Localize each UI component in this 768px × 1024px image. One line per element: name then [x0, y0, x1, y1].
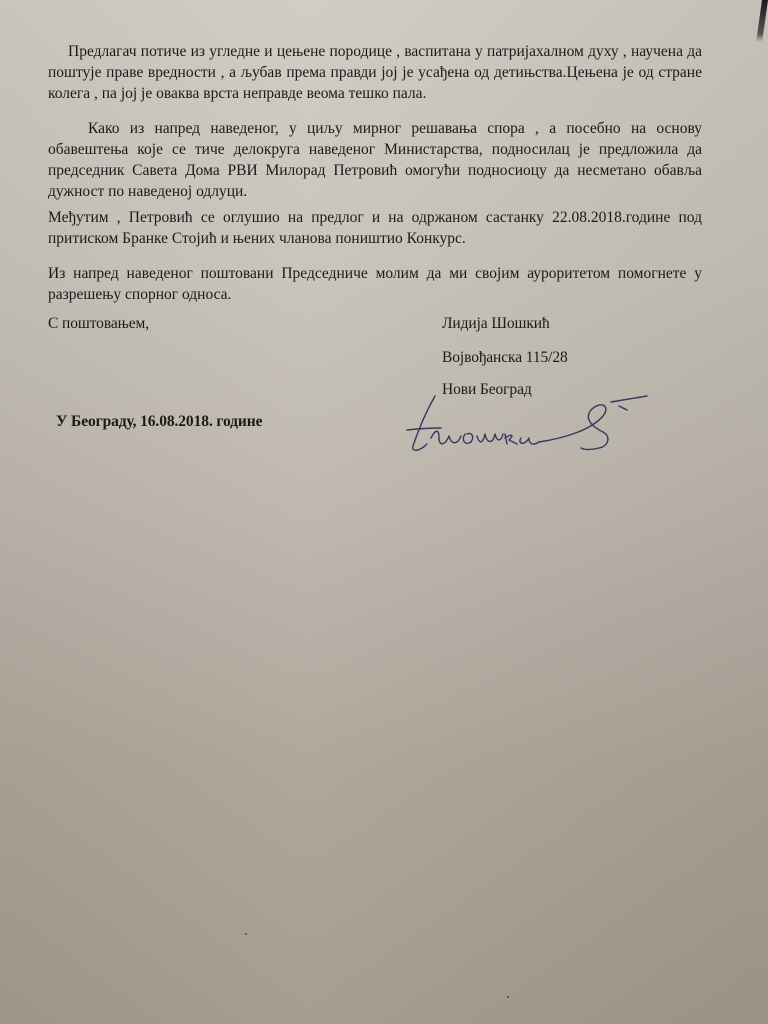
- sender-street: Војвођанска 115/28: [442, 347, 568, 368]
- paragraph-meeting-outcome: Међутим , Петровић се оглушио на предлог…: [48, 207, 702, 249]
- paper-speck: [507, 996, 509, 998]
- place-and-date: У Београду, 16.08.2018. године: [56, 411, 262, 432]
- sender-name: Лидија Шошкић: [442, 313, 550, 334]
- paper-speck: [245, 933, 247, 935]
- closing-salutation: С поштовањем,: [48, 313, 149, 334]
- paragraph-resolution-proposal: Како из напред наведеног, у циљу мирног …: [48, 118, 702, 202]
- handwritten-signature: [405, 388, 665, 468]
- paragraph-request: Из напред наведеног поштовани Председнич…: [48, 263, 702, 305]
- paragraph-family-background: Предлагач потиче из угледне и цењене пор…: [48, 41, 702, 104]
